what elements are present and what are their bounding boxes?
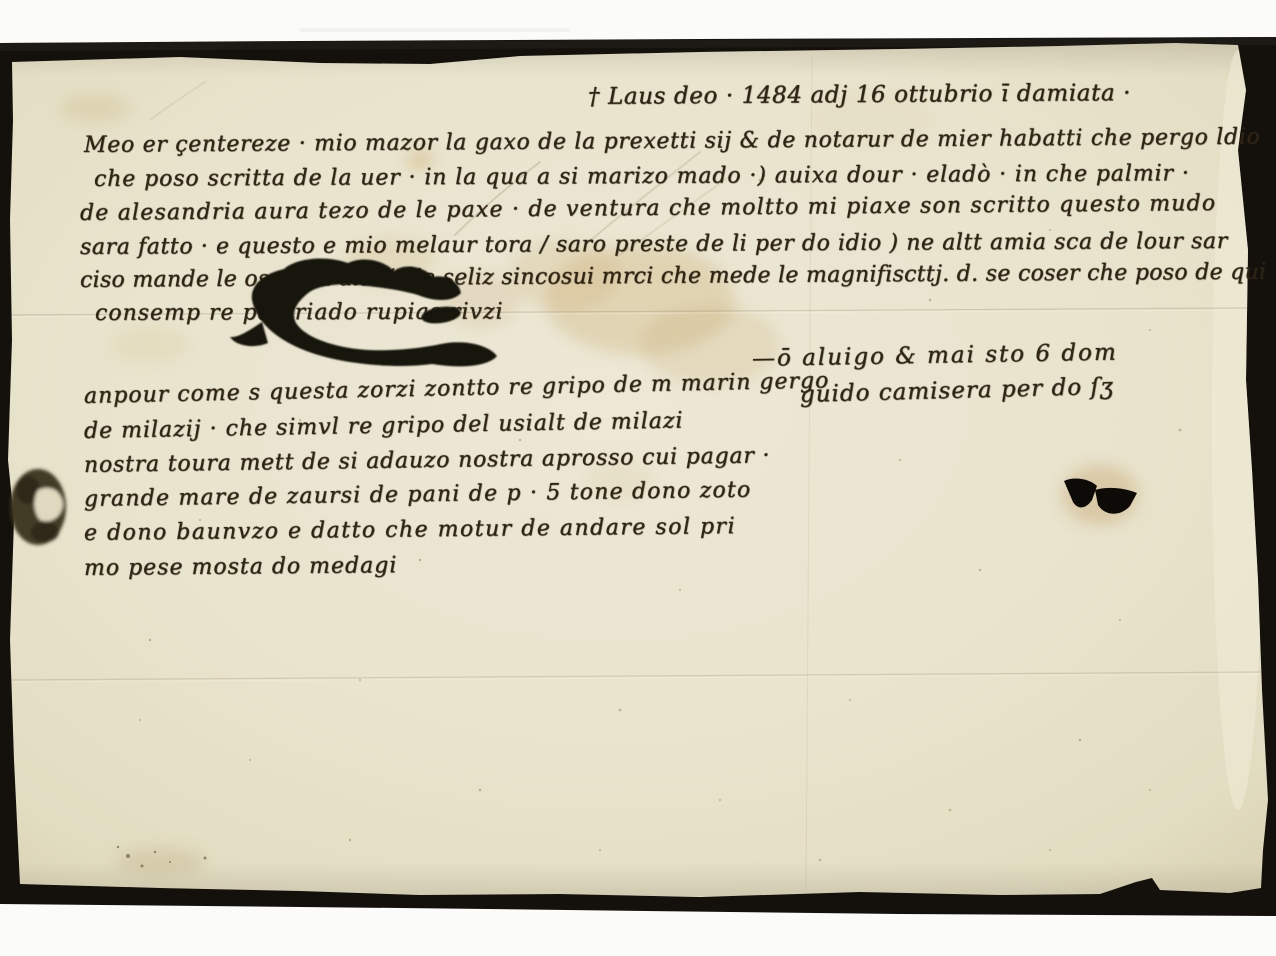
dateline-text: † Laus deo · 1484 adj 16 ottubrio ī dami… [588, 80, 1131, 110]
photographed-manuscript-page: † Laus deo · 1484 adj 16 ottubrio ī dami… [0, 0, 1276, 956]
postscript-line-6: mo pese mosta do medagi [84, 553, 398, 581]
body-line-6: consemp re pa griado rupias rivzi [95, 300, 504, 326]
